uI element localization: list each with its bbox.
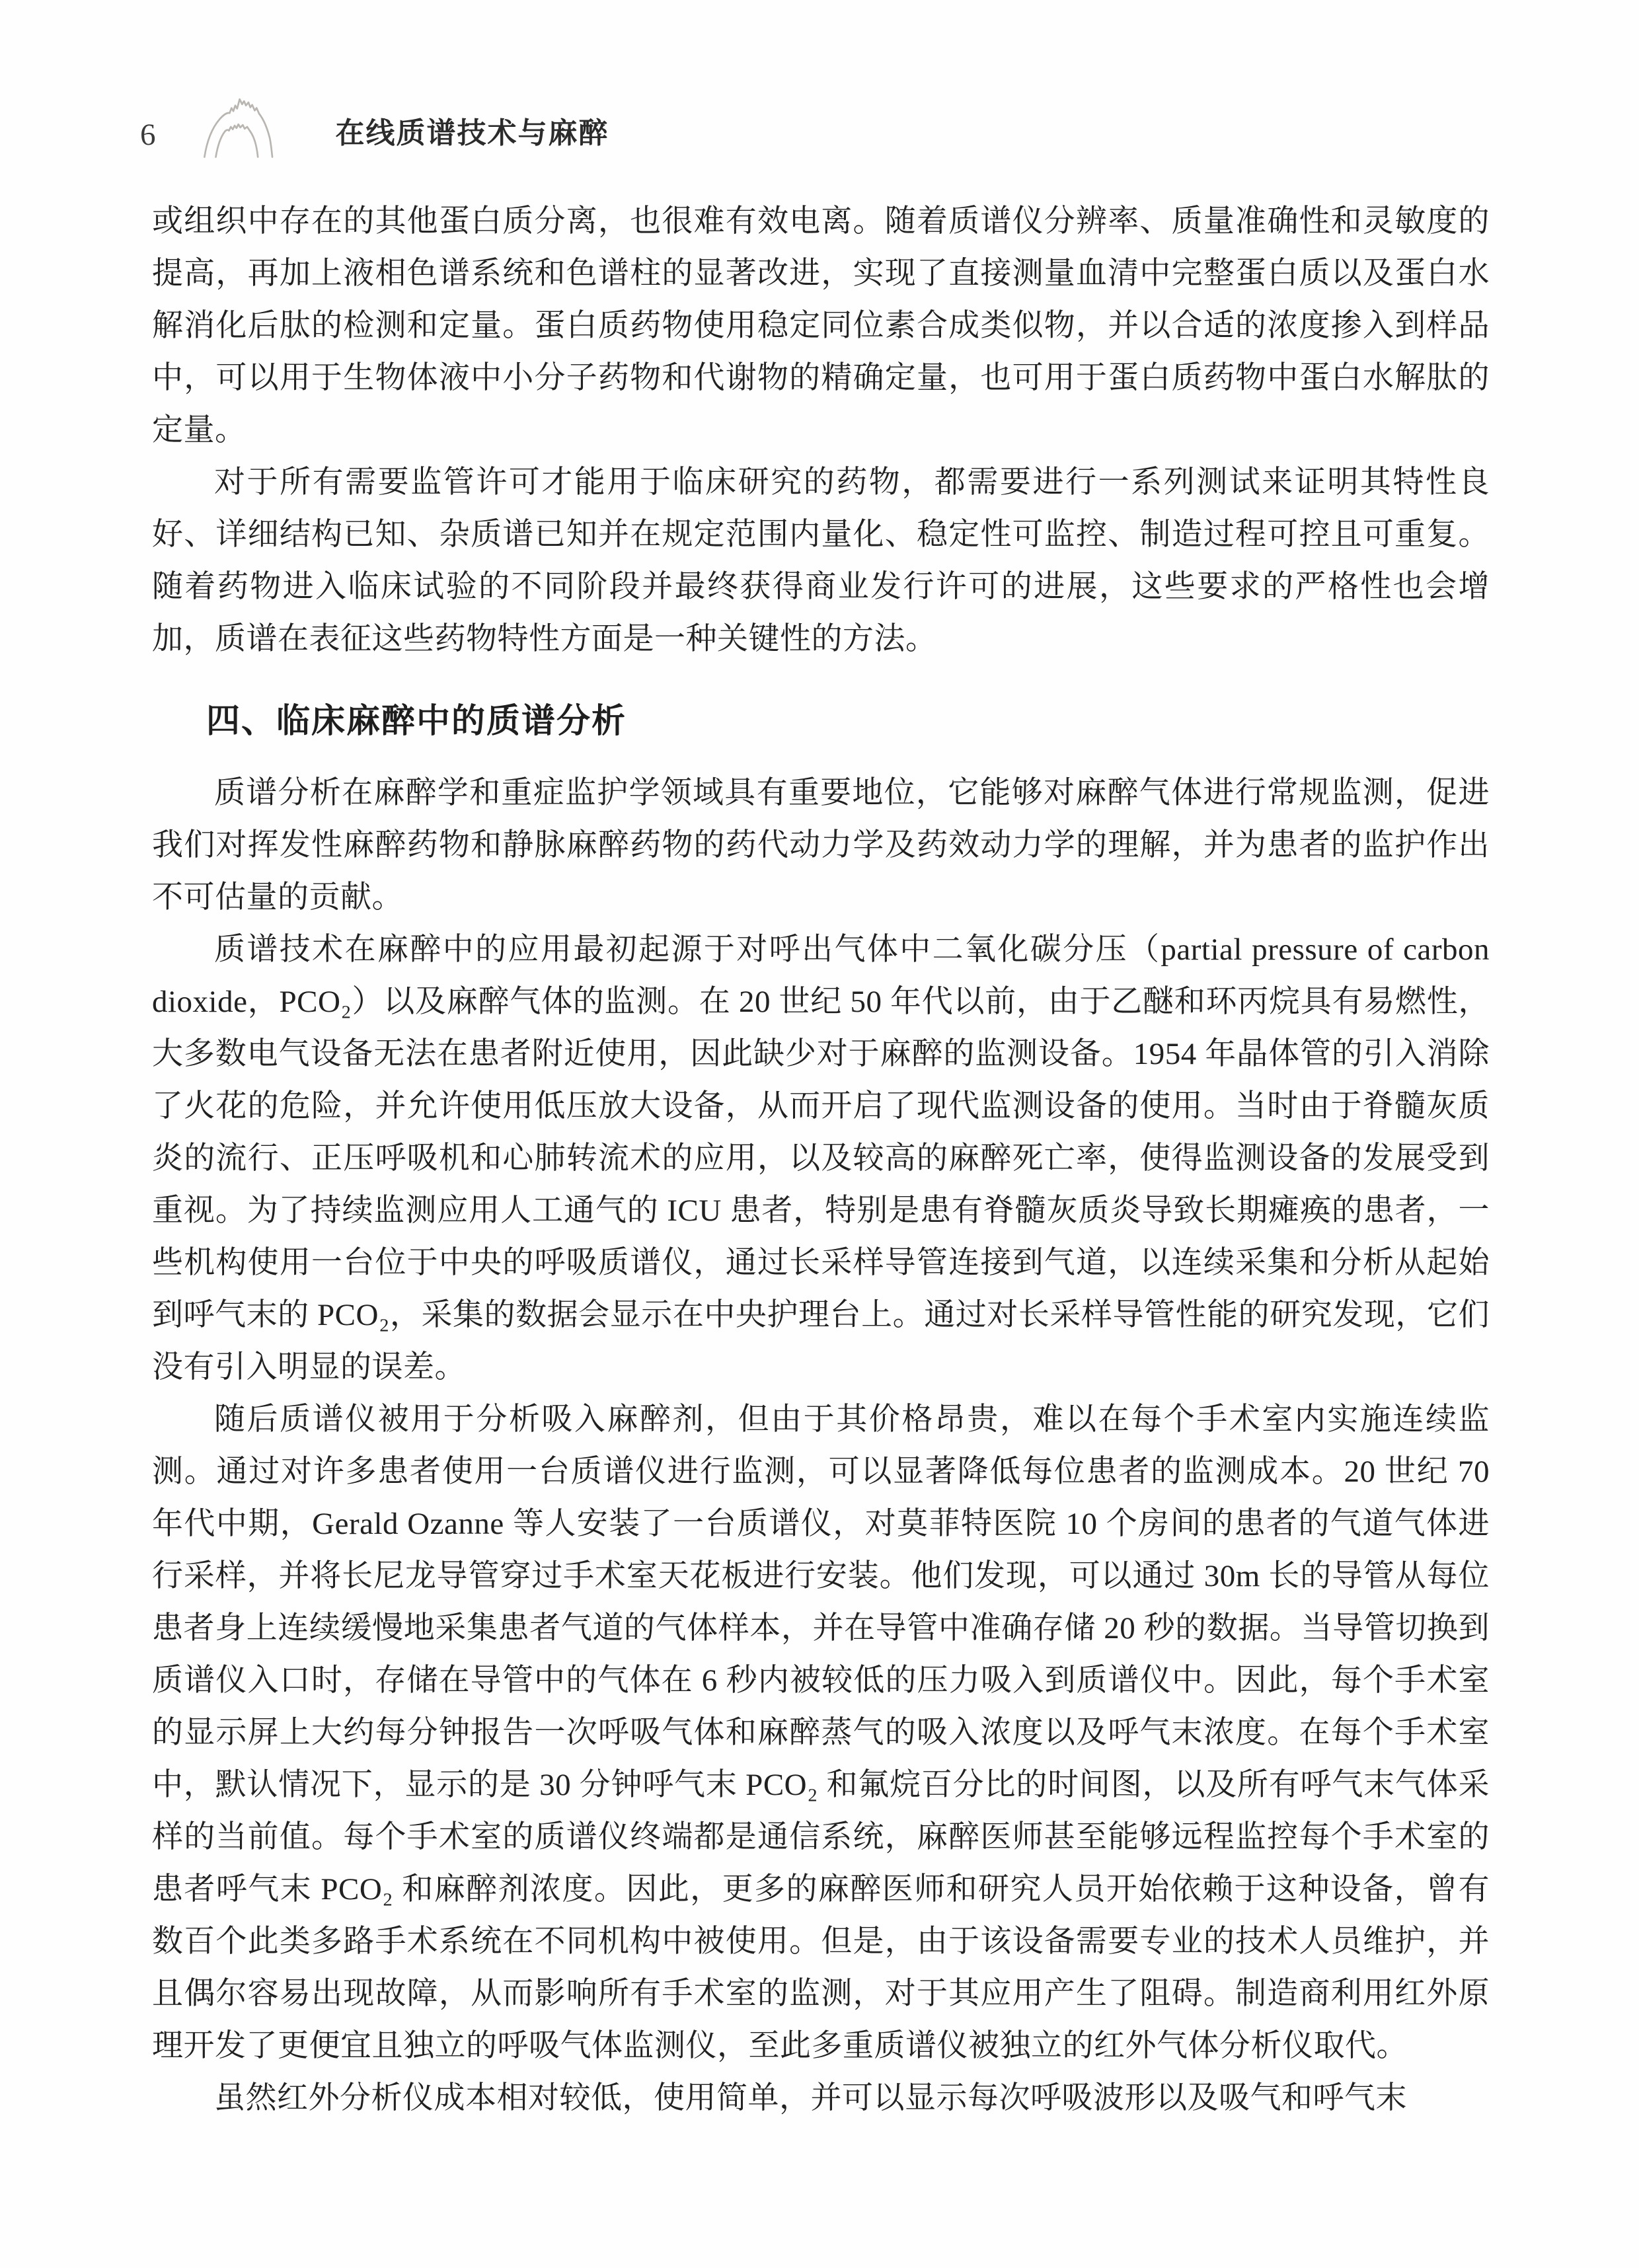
paragraph-regulatory-testing: 对于所有需要监管许可才能用于临床研究的药物，都需要进行一系列测试来证明其特性良好… <box>152 457 1490 665</box>
page-number: 6 <box>140 120 156 151</box>
running-title: 在线质谱技术与麻醉 <box>336 119 609 148</box>
section-heading: 四、临床麻醉中的质谱分析 <box>152 701 1490 741</box>
paragraph-shared-ms-operating-rooms: 随后质谱仪被用于分析吸入麻醉剂，但由于其价格昂贵，难以在每个手术室内实施连续监测… <box>152 1394 1490 2072</box>
paragraph-history-pco2: 质谱技术在麻醉中的应用最初起源于对呼出气体中二氧化碳分压（partial pre… <box>152 924 1490 1394</box>
mountain-logo-icon <box>197 91 297 161</box>
body-text-block: 或组织中存在的其他蛋白质分离，也很难有效电离。随着质谱仪分辨率、质量准确性和灵敏… <box>0 196 1639 2125</box>
book-page: 6 在线质谱技术与麻醉 或组织中存在的其他蛋白质分离，也很难有效电离。随着质谱仪… <box>0 0 1639 2268</box>
paragraph-protein-continuation: 或组织中存在的其他蛋白质分离，也很难有效电离。随着质谱仪分辨率、质量准确性和灵敏… <box>152 196 1490 457</box>
running-header: 6 在线质谱技术与麻醉 <box>0 85 1639 157</box>
paragraph-ms-in-anesthesia-intro: 质谱分析在麻醉学和重症监护学领域具有重要地位，它能够对麻醉气体进行常规监测，促进… <box>152 767 1490 924</box>
paragraph-infrared-analyzers-start: 虽然红外分析仪成本相对较低，使用简单，并可以显示每次呼吸波形以及吸气和呼气末 <box>152 2072 1490 2125</box>
